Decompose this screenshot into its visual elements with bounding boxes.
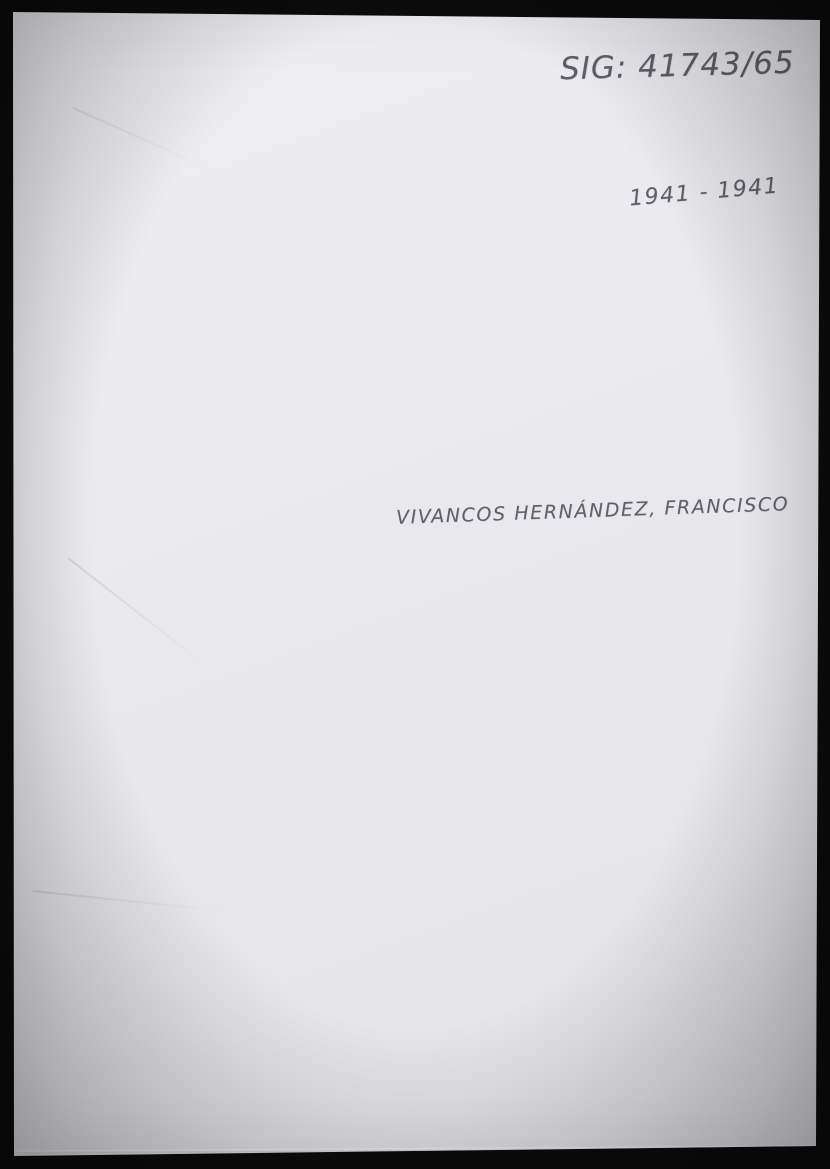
paper-bottom-edge xyxy=(15,1146,815,1154)
signature-annotation: SIG: 41743/65 xyxy=(560,45,796,88)
name-annotation: VIVANCOS HERNÁNDEZ, FRANCISCO xyxy=(396,493,790,529)
paper-crease xyxy=(67,557,210,669)
date-range-annotation: 1941 - 1941 xyxy=(628,173,780,211)
paper-crease xyxy=(73,107,211,170)
paper-crease xyxy=(33,890,232,913)
paper-sheet: SIG: 41743/65 1941 - 1941 VIVANCOS HERNÁ… xyxy=(13,12,821,1157)
